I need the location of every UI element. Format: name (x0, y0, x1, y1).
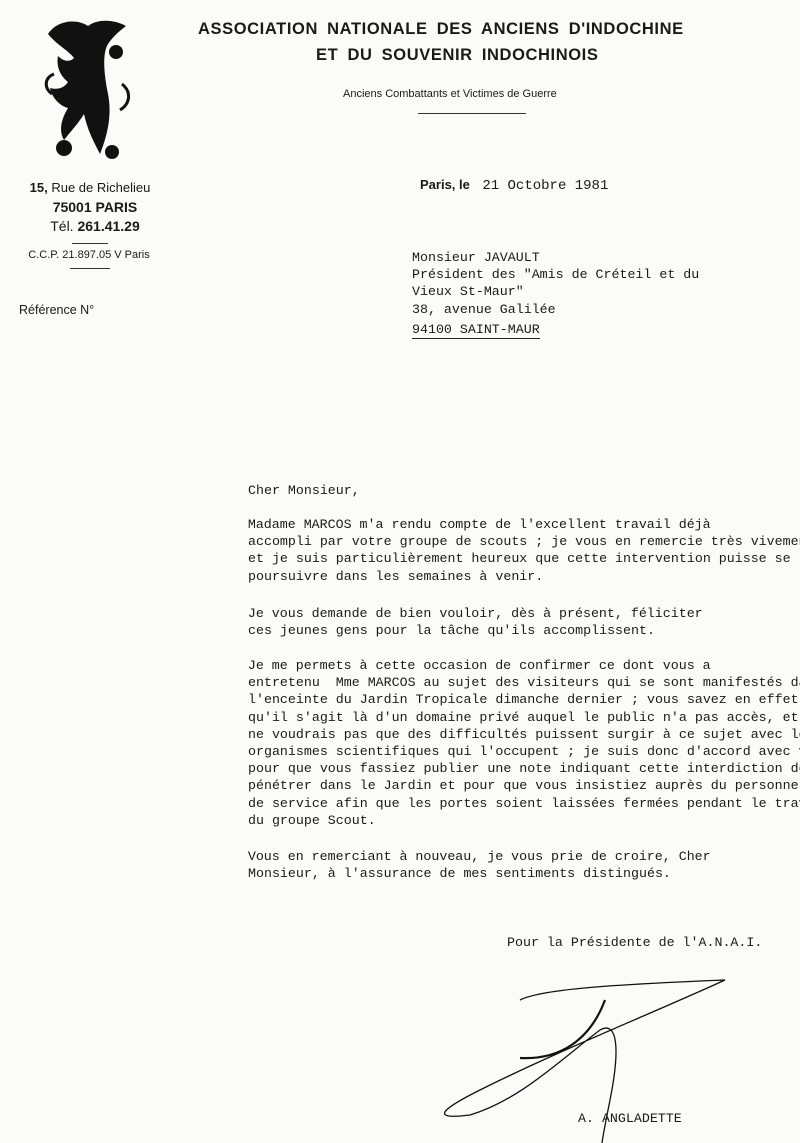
handwritten-signature (0, 0, 800, 1143)
signatory-name: A. ANGLADETTE (578, 1110, 682, 1127)
